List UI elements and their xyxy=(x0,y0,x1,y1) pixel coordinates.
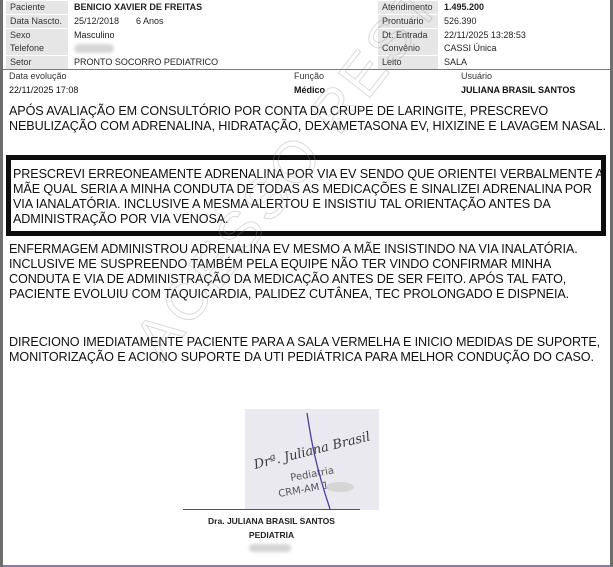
signature-stamp-graphic: Drª. Juliana Brasil Pediatria CRM-AM 1 xyxy=(245,409,379,510)
value-sexo: Masculino xyxy=(68,29,115,42)
stamp-line1: Drª. Juliana Brasil xyxy=(251,429,372,473)
redacted-blur xyxy=(74,44,114,53)
label-setor: Setor xyxy=(6,56,68,69)
header-row-setor: Setor PRONTO SOCORRO PEDIATRICO xyxy=(6,56,306,69)
value-prontuario: 526.390 xyxy=(438,15,477,28)
label-usuario: Usuário xyxy=(461,71,492,81)
value-setor: PRONTO SOCORRO PEDIATRICO xyxy=(68,56,218,69)
header-row-paciente: Paciente BENICIO XAVIER DE FREITAS xyxy=(6,1,306,14)
stamp-redacted-blur xyxy=(326,482,354,492)
paragraph-evaluation: APÓS AVALIAÇÃO EM CONSULTÓRIO POR CONTA … xyxy=(9,104,609,134)
evolution-meta: Data evolução 22/11/2025 17:08 Função Mé… xyxy=(6,70,610,98)
value-convenio: CASSI Única xyxy=(438,42,497,55)
value-paciente: BENICIO XAVIER DE FREITAS xyxy=(68,1,202,14)
label-leito: Leito xyxy=(378,56,438,69)
label-dt-entrada: Dt. Entrada xyxy=(378,29,438,42)
value-funcao: Médico xyxy=(294,85,325,95)
label-convenio: Convênio xyxy=(378,42,438,55)
label-data-nascto: Data Nascto. xyxy=(6,15,68,28)
label-sexo: Sexo xyxy=(6,29,68,42)
highlighted-box: PRESCREVI ERREONEAMENTE ADRENALINA POR V… xyxy=(6,155,606,236)
header-row-dt-entrada: Dt. Entrada 22/11/2025 13:28:53 xyxy=(378,29,610,42)
paragraph-nursing: ENFERMAGEM ADMINISTROU ADRENALINA EV MES… xyxy=(9,242,609,302)
stamp-line2: Pediatria xyxy=(290,465,335,483)
signature-specialty: PEDIATRIA xyxy=(183,530,360,540)
value-data-evolucao: 22/11/2025 17:08 xyxy=(9,85,78,95)
label-data-evolucao: Data evolução xyxy=(9,71,67,81)
pen-stroke-icon xyxy=(307,413,330,509)
paragraph-highlighted-error: PRESCREVI ERREONEAMENTE ADRENALINA POR V… xyxy=(13,167,603,227)
value-atendimento: 1.495.200 xyxy=(438,1,484,14)
value-idade: 6 Anos xyxy=(130,15,164,28)
label-funcao: Função xyxy=(294,71,324,81)
value-dt-entrada: 22/11/2025 13:28:53 xyxy=(438,29,526,42)
paragraph-referral: DIRECIONO IMEDIATAMENTE PACIENTE PARA A … xyxy=(9,335,609,365)
medical-record-page: Paciente BENICIO XAVIER DE FREITAS Data … xyxy=(0,0,613,567)
header-row-data-nascto: Data Nascto. 25/12/2018 6 Anos xyxy=(6,15,306,28)
header-row-prontuario: Prontuário 526.390 xyxy=(378,15,610,28)
signature-redacted-blur xyxy=(249,544,291,552)
label-prontuario: Prontuário xyxy=(378,15,438,28)
label-atendimento: Atendimento xyxy=(378,1,438,14)
signature-name: Dra. JULIANA BRASIL SANTOS xyxy=(183,516,360,526)
patient-header: Paciente BENICIO XAVIER DE FREITAS Data … xyxy=(6,0,610,69)
header-row-leito: Leito SALA xyxy=(378,56,610,69)
header-row-convenio: Convênio CASSI Única xyxy=(378,42,610,55)
header-row-atendimento: Atendimento 1.495.200 xyxy=(378,1,610,14)
header-row-telefone: Telefone xyxy=(6,42,306,55)
value-data-nascto: 25/12/2018 xyxy=(68,15,119,28)
value-leito: SALA xyxy=(438,56,467,69)
value-usuario: JULIANA BRASIL SANTOS xyxy=(461,85,575,95)
signature-stamp: Drª. Juliana Brasil Pediatria CRM-AM 1 xyxy=(245,409,379,510)
header-row-sexo: Sexo Masculino xyxy=(6,29,306,42)
value-telefone-redacted xyxy=(68,42,114,55)
signature-line xyxy=(183,509,360,510)
label-telefone: Telefone xyxy=(6,42,68,55)
label-paciente: Paciente xyxy=(6,1,68,14)
